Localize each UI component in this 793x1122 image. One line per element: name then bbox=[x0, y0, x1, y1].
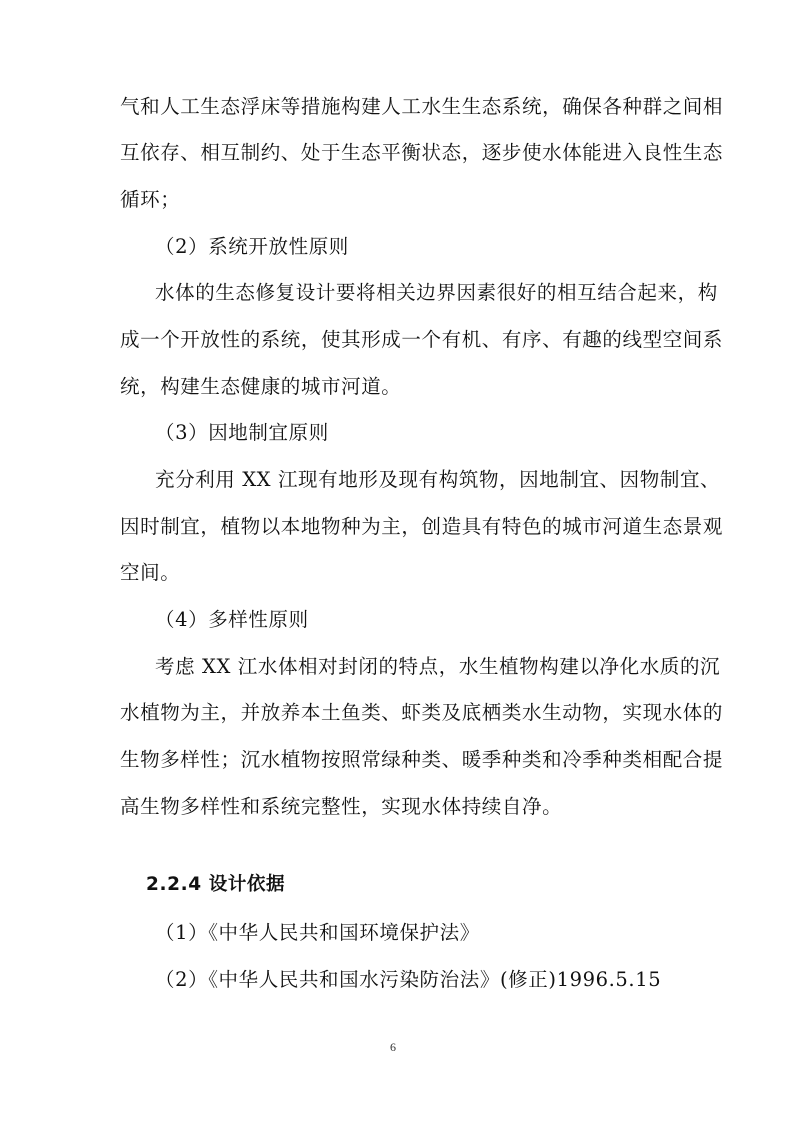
paragraph-line: 充分利用 XX 江现有地形及现有构筑物，因地制宜、因物制宜、 bbox=[155, 468, 715, 492]
principle-heading-4: （4）多样性原则 bbox=[155, 608, 715, 632]
principle-heading-3: （3）因地制宜原则 bbox=[155, 421, 715, 445]
document-page: 气和人工生态浮床等措施构建人工水生生态系统，确保各种群之间相 互依存、相互制约、… bbox=[0, 0, 793, 1122]
paragraph-line: 水植物为主，并放养本土鱼类、虾类及底栖类水生动物，实现水体的 bbox=[120, 701, 680, 725]
paragraph-line: 气和人工生态浮床等措施构建人工水生生态系统，确保各种群之间相 bbox=[120, 95, 680, 119]
paragraph-line: 因时制宜，植物以本地物种为主，创造具有特色的城市河道生态景观 bbox=[120, 515, 680, 539]
paragraph-line: 高生物多样性和系统完整性，实现水体持续自净。 bbox=[120, 795, 680, 819]
page-number: 6 bbox=[390, 1040, 396, 1055]
paragraph-line: 成一个开放性的系统，使其形成一个有机、有序、有趣的线型空间系 bbox=[120, 328, 680, 352]
section-heading: 2.2.4 设计依据 bbox=[146, 873, 706, 897]
reference-item: （2）《中华人民共和国水污染防治法》(修正)1996.5.15 bbox=[155, 968, 715, 992]
paragraph-line: 循环； bbox=[120, 188, 680, 212]
paragraph-line: 生物多样性；沉水植物按照常绿种类、暖季种类和冷季种类相配合提 bbox=[120, 748, 680, 772]
paragraph-line: 水体的生态修复设计要将相关边界因素很好的相互结合起来，构 bbox=[155, 281, 715, 305]
paragraph-line: 统，构建生态健康的城市河道。 bbox=[120, 375, 680, 399]
paragraph-line: 互依存、相互制约、处于生态平衡状态，逐步使水体能进入良性生态 bbox=[120, 141, 680, 165]
principle-heading-2: （2）系统开放性原则 bbox=[155, 235, 715, 259]
paragraph-line: 考虑 XX 江水体相对封闭的特点，水生植物构建以净化水质的沉 bbox=[155, 655, 715, 679]
reference-item: （1）《中华人民共和国环境保护法》 bbox=[155, 921, 715, 945]
paragraph-line: 空间。 bbox=[120, 561, 680, 585]
